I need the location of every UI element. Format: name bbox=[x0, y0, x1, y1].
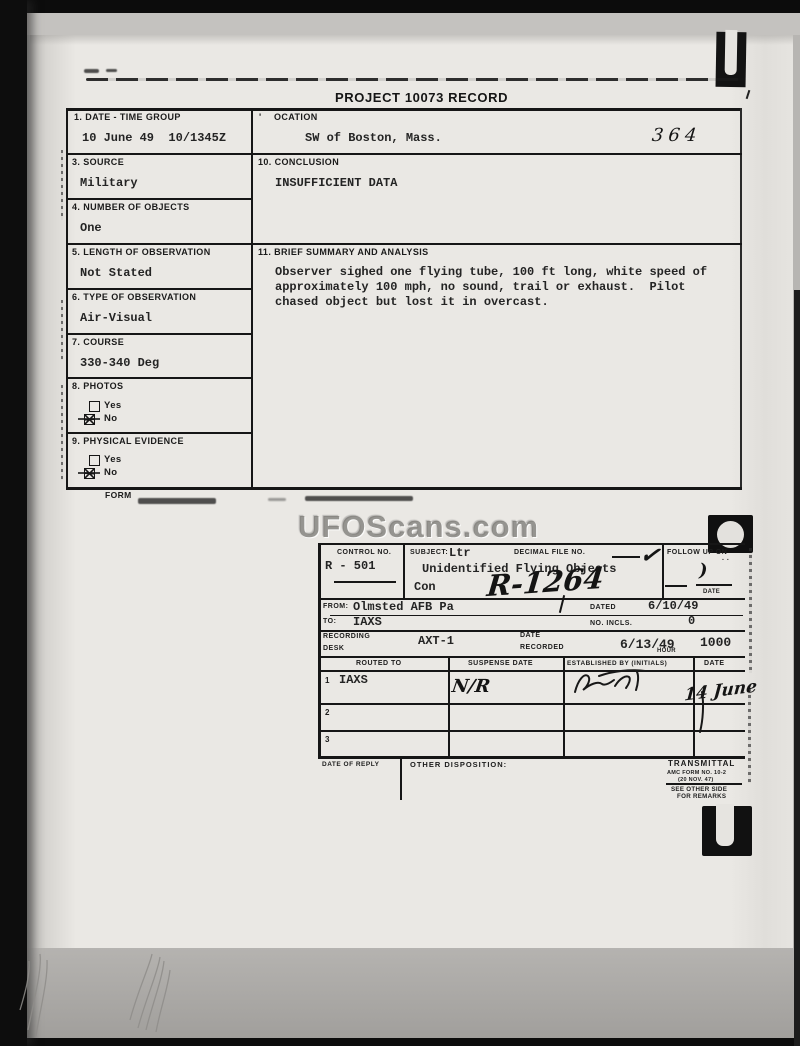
from-label: FROM: bbox=[323, 603, 348, 610]
card-row-line bbox=[66, 198, 253, 200]
field-photos-label: 8. PHOTOS bbox=[72, 381, 123, 391]
physical-evidence-yes-checkbox bbox=[89, 455, 100, 466]
follow-up-date-label: DATE bbox=[703, 589, 720, 595]
card-row-line bbox=[66, 243, 742, 245]
field-number-of-objects-value: One bbox=[80, 221, 102, 235]
edge-smudge bbox=[61, 385, 63, 480]
to-label: TO: bbox=[323, 618, 336, 625]
scan-frame-top bbox=[0, 0, 800, 13]
to-value: IAXS bbox=[353, 615, 382, 629]
paper-sheet bbox=[30, 33, 793, 950]
transmittal-form-no: AMC FORM NO. 10-2 bbox=[667, 770, 726, 776]
scan-frame-right bbox=[794, 290, 800, 1046]
physical-evidence-yes-label: Yes bbox=[104, 454, 122, 465]
incls-value: 0 bbox=[688, 614, 695, 628]
margin-annotation bbox=[748, 688, 751, 783]
form-note-smudge bbox=[305, 496, 413, 501]
scanned-document: PROJECT 10073 RECORD 1. DATE - TIME GROU… bbox=[0, 0, 800, 1046]
follow-up-label: FOLLOW UP ON bbox=[667, 549, 727, 556]
row-number: 1 bbox=[325, 676, 330, 685]
field-summary-label: 11. BRIEF SUMMARY AND ANALYSIS bbox=[258, 247, 429, 257]
card-row-line bbox=[66, 333, 253, 335]
decimal-file-label: DECIMAL FILE NO. bbox=[514, 549, 585, 556]
handwritten-case-number: 364 bbox=[651, 125, 703, 146]
follow-up-line bbox=[696, 584, 732, 586]
subject-value-line1: Ltr bbox=[449, 546, 471, 560]
suspense-date-handwritten: N/R bbox=[451, 676, 492, 697]
smudge-mark bbox=[106, 69, 117, 72]
field-location-value: SW of Boston, Mass. bbox=[305, 131, 442, 145]
recording-desk-label-1: RECORDING bbox=[323, 633, 370, 640]
dated-label: DATED bbox=[590, 604, 616, 611]
watermark: UFOScans.com bbox=[298, 509, 539, 545]
card-border-right bbox=[740, 108, 742, 490]
column-routed-to: ROUTED TO bbox=[356, 660, 402, 667]
other-disposition-label: OTHER DISPOSITION: bbox=[410, 760, 507, 769]
field-location-prefix: ' bbox=[259, 112, 262, 122]
slip-line bbox=[330, 615, 743, 616]
field-source-label: 3. SOURCE bbox=[72, 157, 124, 167]
physical-evidence-no-label: No bbox=[104, 467, 117, 478]
photos-no-label: No bbox=[104, 413, 117, 424]
date-recorded-label-1: DATE bbox=[520, 632, 541, 639]
field-date-time-group-label: 1. DATE - TIME GROUP bbox=[74, 112, 181, 122]
transmittal-note-2: FOR REMARKS bbox=[677, 793, 726, 800]
subject-value-line3: Con bbox=[414, 580, 436, 594]
follow-up-line bbox=[665, 585, 687, 587]
slip-border-left bbox=[318, 543, 321, 758]
binding-mark-top-slot bbox=[725, 30, 738, 75]
record-card-title: PROJECT 10073 RECORD bbox=[335, 90, 508, 105]
scratch-marks bbox=[10, 948, 270, 1040]
slip-footer-divider bbox=[400, 757, 402, 800]
scan-frame-left bbox=[0, 0, 27, 1046]
field-source-value: Military bbox=[80, 176, 138, 190]
follow-up-dots: . . bbox=[722, 555, 729, 562]
recording-desk-value: AXT-1 bbox=[418, 634, 454, 648]
row-number: 2 bbox=[325, 708, 330, 717]
field-date-time-group-value: 10 June 49 10/1345Z bbox=[82, 131, 226, 145]
hour-value: 1000 bbox=[700, 635, 731, 650]
column-date: DATE bbox=[704, 660, 725, 667]
card-row-line bbox=[66, 432, 253, 434]
card-border-top bbox=[66, 108, 742, 111]
decimal-file-line bbox=[612, 556, 640, 558]
signature-scribble bbox=[565, 666, 660, 700]
slip-divider bbox=[662, 543, 664, 599]
form-label: FORM bbox=[105, 490, 132, 500]
field-number-of-objects-label: 4. NUMBER OF OBJECTS bbox=[72, 202, 190, 212]
subject-label: SUBJECT: bbox=[410, 549, 448, 556]
control-no-value: R - 501 bbox=[325, 559, 375, 573]
slip-table-divider bbox=[448, 656, 450, 756]
field-course-value: 330-340 Deg bbox=[80, 356, 159, 370]
routed-to-value: IAXS bbox=[339, 673, 368, 687]
physical-evidence-no-strike bbox=[78, 472, 100, 474]
card-row-line bbox=[66, 288, 253, 290]
card-border-bottom bbox=[66, 487, 742, 490]
photos-no-strike bbox=[78, 418, 100, 420]
photos-yes-label: Yes bbox=[104, 400, 122, 411]
transmittal-note-1: SEE OTHER SIDE bbox=[671, 786, 727, 793]
control-no-label: CONTROL NO. bbox=[337, 549, 391, 556]
field-location-label: OCATION bbox=[274, 112, 318, 122]
transmittal-title: TRANSMITTAL bbox=[668, 759, 735, 768]
slip-divider bbox=[403, 543, 405, 599]
smudge-mark bbox=[84, 69, 99, 73]
field-conclusion-label: 10. CONCLUSION bbox=[258, 157, 339, 167]
form-smudge bbox=[268, 498, 286, 501]
field-summary-line: chased object but lost it in overcast. bbox=[275, 295, 549, 309]
field-type-of-observation-label: 6. TYPE OF OBSERVATION bbox=[72, 292, 196, 302]
field-length-of-observation-label: 5. LENGTH OF OBSERVATION bbox=[72, 247, 211, 257]
from-value: Olmsted AFB Pa bbox=[353, 600, 454, 614]
date-recorded-label-2: RECORDED bbox=[520, 644, 564, 651]
smudged-top-rule bbox=[86, 78, 744, 81]
column-suspense-date: SUSPENSE DATE bbox=[468, 660, 533, 667]
slip-line bbox=[318, 703, 745, 705]
transmittal-divider bbox=[666, 783, 742, 785]
form-number-smudge bbox=[138, 498, 216, 504]
edge-smudge bbox=[61, 150, 63, 220]
binding-mark-bottom-slot bbox=[716, 804, 734, 846]
handwritten-checkmark: ✓ bbox=[638, 539, 662, 571]
dated-value: 6/10/49 bbox=[648, 599, 698, 613]
date-handwriting-flourish bbox=[694, 690, 724, 735]
recording-desk-label-2: DESK bbox=[323, 645, 344, 652]
field-physical-evidence-label: 9. PHYSICAL EVIDENCE bbox=[72, 436, 184, 446]
card-row-line bbox=[66, 153, 742, 155]
handwritten-follow-up-mark: ) bbox=[699, 560, 708, 581]
row-number: 3 bbox=[325, 735, 330, 744]
slip-line bbox=[318, 670, 745, 672]
date-of-reply-label: DATE OF REPLY bbox=[322, 761, 379, 768]
slip-line bbox=[318, 656, 745, 658]
slip-border-top bbox=[318, 543, 745, 545]
scan-background-top bbox=[27, 13, 800, 35]
control-no-underline bbox=[334, 581, 396, 583]
margin-annotation bbox=[749, 548, 752, 673]
field-course-label: 7. COURSE bbox=[72, 337, 124, 347]
field-conclusion-value: INSUFFICIENT DATA bbox=[275, 176, 397, 190]
field-summary-line: Observer sighed one flying tube, 100 ft … bbox=[275, 265, 707, 279]
hour-label: HOUR bbox=[657, 648, 676, 654]
card-row-line bbox=[66, 377, 253, 379]
photos-yes-checkbox bbox=[89, 401, 100, 412]
field-length-of-observation-value: Not Stated bbox=[80, 266, 152, 280]
incls-label: NO. INCLS. bbox=[590, 620, 632, 627]
edge-smudge bbox=[61, 300, 63, 360]
field-summary-line: approximately 100 mph, no sound, trail o… bbox=[275, 280, 685, 294]
field-type-of-observation-value: Air-Visual bbox=[80, 311, 152, 325]
slip-line bbox=[318, 730, 745, 732]
